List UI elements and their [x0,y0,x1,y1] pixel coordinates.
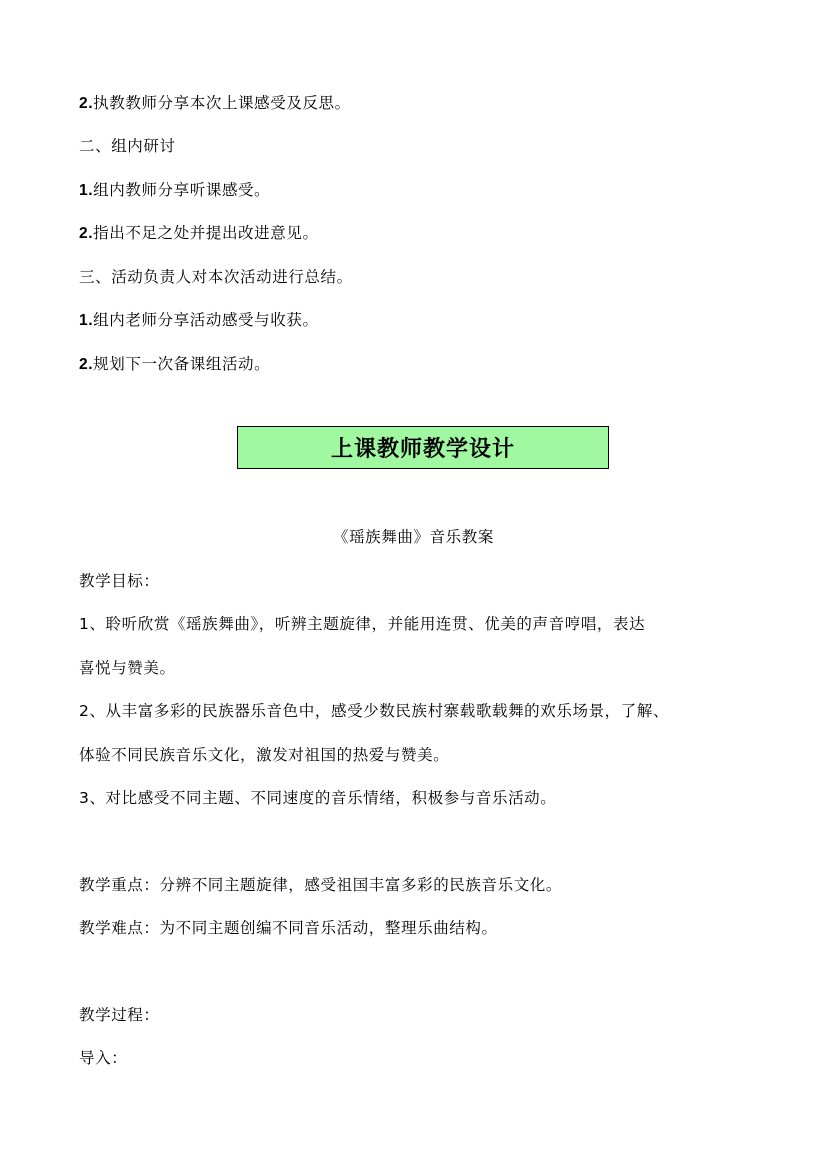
process-heading: 教学过程： [79,1005,160,1025]
agenda-item-share-observations: 1.组内教师分享听课感受。 [79,180,270,201]
section-heading-group-discussion: 二、组内研讨 [79,136,176,156]
objective-3: 3、对比感受不同主题、不同速度的音乐情绪，积极参与音乐活动。 [79,788,556,808]
section-heading-summary: 三、活动负责人对本次活动进行总结。 [79,267,353,287]
item-text: 规划下一次备课组活动。 [93,355,270,373]
objective-1-line-2: 喜悦与赞美。 [79,658,176,678]
agenda-item-plan-next: 2.规划下一次备课组活动。 [79,354,270,375]
objectives-heading: 教学目标： [79,571,160,591]
agenda-item-share-gains: 1.组内老师分享活动感受与收获。 [79,310,319,331]
item-number: 2. [79,95,93,112]
banner-title: 上课教师教学设计 [331,432,515,463]
item-text: 组内教师分享听课感受。 [93,181,270,199]
item-text: 指出不足之处并提出改进意见。 [93,224,318,242]
item-number: 2. [79,356,93,373]
agenda-item-teacher-share: 2.执教教师分享本次上课感受及反思。 [79,93,351,114]
item-text: 执教教师分享本次上课感受及反思。 [93,94,351,112]
agenda-item-suggestions: 2.指出不足之处并提出改进意见。 [79,223,319,244]
objective-2-line-1: 2、从丰富多彩的民族器乐音色中，感受少数民族村寨载歌载舞的欢乐场景，了解、 [79,701,669,721]
objective-1-line-1: 1、聆听欣赏《瑶族舞曲》，听辨主题旋律，并能用连贯、优美的声音哼唱，表达 [79,614,645,634]
item-number: 1. [79,182,93,199]
key-points: 教学重点：分辨不同主题旋律，感受祖国丰富多彩的民族音乐文化。 [79,875,562,895]
difficulties: 教学难点：为不同主题创编不同音乐活动，整理乐曲结构。 [79,918,498,938]
objective-2-line-2: 体验不同民族音乐文化，激发对祖国的热爱与赞美。 [79,745,449,765]
intro-heading: 导入： [79,1048,127,1068]
item-text: 组内老师分享活动感受与收获。 [93,311,318,329]
banner-title-box: 上课教师教学设计 [237,426,609,469]
item-number: 2. [79,225,93,242]
item-number: 1. [79,312,93,329]
lesson-title: 《瑶族舞曲》音乐教案 [0,527,827,547]
